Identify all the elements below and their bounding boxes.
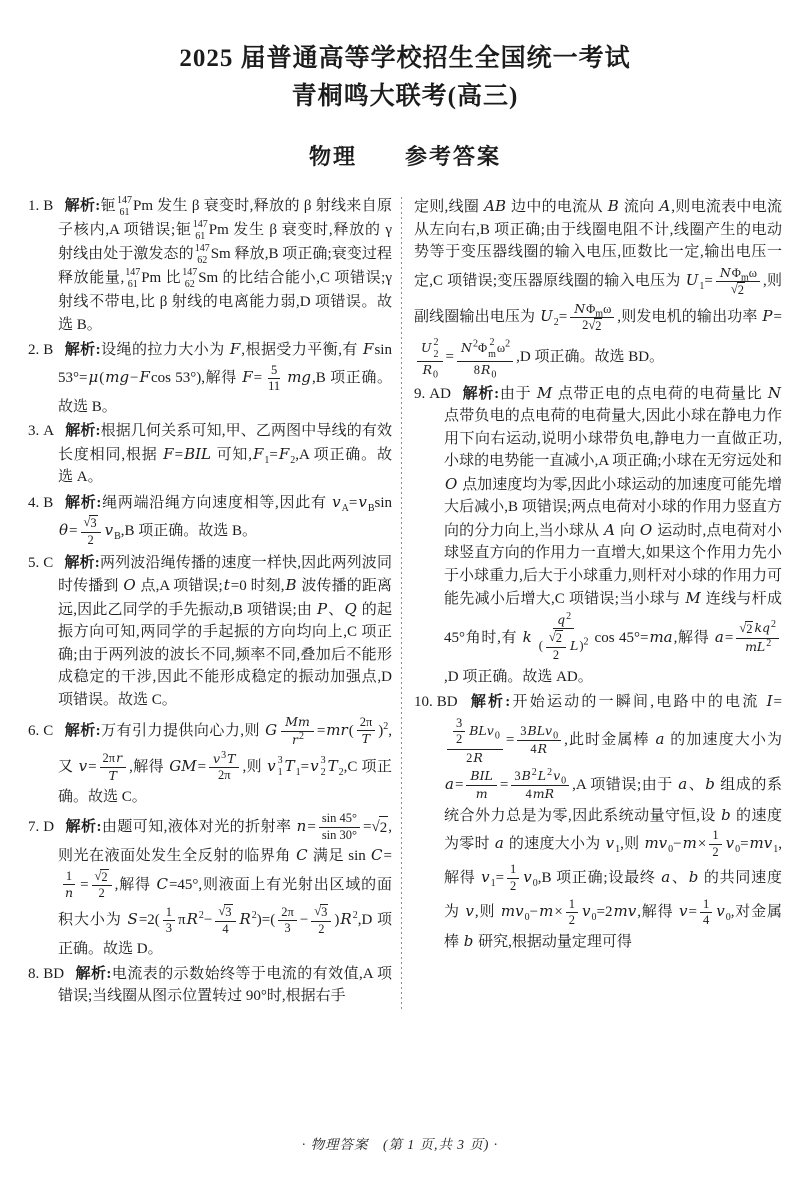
math-f: 3B2L2v04mR [511, 768, 569, 802]
answer-body: 设绳的拉力大小为 F,根据受力平衡,有 Fsin 53°=μ(mg−Fcos 5… [58, 342, 392, 415]
math-i: v [581, 902, 591, 920]
math-f: sin 45°sin 30° [319, 811, 360, 843]
math-i: T [284, 757, 296, 775]
analysis-label: 解析: [469, 694, 511, 710]
math-sub: 0 [726, 912, 731, 923]
question-head: 3.A解析: [28, 423, 101, 439]
math-sub: 0 [491, 370, 496, 381]
math-i: a [494, 834, 505, 852]
exam-title-line2: 青桐鸣大联考(高三) [28, 78, 782, 116]
answer-item: 9.AD解析:由于 M 点带正电的点电荷的电荷量比 N 点带负电的点电荷的电荷量… [414, 382, 782, 688]
math-sup: 2 [566, 610, 571, 621]
math-i: S [127, 910, 139, 928]
math-f: √2kq2mL2 [736, 620, 779, 655]
math-sup: 2 [353, 910, 358, 921]
math-f: 12 [709, 828, 721, 860]
math-sqrt: √3 [218, 904, 232, 921]
math-ss: 14761 [125, 267, 140, 291]
math-i: F [229, 340, 241, 358]
math-i: v [678, 902, 688, 920]
math-i: L [537, 768, 547, 783]
math-i: t [223, 576, 231, 594]
math-sqrt: √3 [84, 515, 98, 532]
question-answer: D [43, 819, 54, 835]
math-sub: 0 [495, 730, 500, 741]
math-i: v [104, 521, 114, 539]
math-i: Mm [284, 714, 311, 729]
math-i: T [108, 768, 118, 783]
math-i: L [569, 638, 579, 653]
answer-item: 10.BD解析:开始运动的一瞬间,电路中的电流 I=32BLv02R=3BLv0… [414, 690, 782, 953]
math-i: n [296, 817, 308, 835]
math-i: T [226, 751, 236, 766]
math-f: 32 [453, 716, 465, 748]
math-i: v [605, 834, 615, 852]
math-i: F [162, 445, 174, 463]
question-number: 7. [28, 819, 39, 835]
math-i: q [556, 612, 566, 627]
math-ss: 14761 [193, 219, 208, 243]
math-sub: 1 [773, 844, 778, 855]
math-sub: 1 [491, 878, 496, 889]
math-i: O [444, 475, 458, 493]
question-number: 2. [28, 342, 39, 358]
math-i: k [522, 628, 533, 646]
question-answer: B [43, 342, 53, 358]
math-ss: 22 [434, 337, 439, 361]
math-i: BIL [183, 445, 212, 463]
math-i: m [475, 786, 489, 801]
math-f: U22R0 [417, 337, 443, 379]
math-i: B [285, 576, 298, 594]
math-sub: B [114, 531, 121, 542]
math-sup: 2 [771, 619, 776, 630]
math-sup: 2 [505, 339, 510, 350]
math-f: √32 [311, 904, 331, 937]
answer-body: 万有引力提供向心力,则 GMmr2=mr(2πT)2,又 v=2πrT,解得 G… [58, 723, 392, 805]
math-i: R [480, 362, 491, 377]
question-head: 10.BD解析: [414, 694, 510, 710]
math-f: q2(√22L)2 [536, 612, 592, 665]
subject-heading: 物理 参考答案 [28, 140, 782, 171]
math-f: N2Φ2mω28R0 [457, 337, 513, 379]
math-i: μ [87, 368, 99, 386]
analysis-label: 解析: [64, 555, 100, 571]
question-head: 4.B解析: [28, 495, 101, 511]
math-sub: 1 [264, 455, 269, 466]
math-i: T [361, 731, 371, 746]
answer-item: 7.D解析:由题可知,液体对光的折射率 n=sin 45°sin 30°=√2,… [28, 810, 392, 961]
math-i: v [266, 757, 276, 775]
math-i: r [115, 750, 123, 765]
math-sub: 2 [339, 767, 344, 778]
analysis-label: 解析: [64, 495, 101, 511]
math-sub: A [342, 503, 349, 514]
math-sqrt: √2 [372, 816, 389, 840]
page-footer: · 物理答案 (第 1 页,共 3 页) · [0, 1133, 800, 1153]
question-answer: BD [437, 694, 458, 710]
math-sub: 1 [615, 844, 620, 855]
math-f: 511 [265, 363, 283, 395]
question-head: 5.C解析: [28, 555, 100, 571]
math-i: b [720, 806, 732, 824]
math-i: r [291, 732, 299, 747]
answer-body: 绳两端沿绳方向速度相等,因此有 vA=vBsin θ=√32vB,B 项正确。故… [58, 495, 392, 540]
exam-title-line1: 2025 届普通高等学校招生全国统一考试 [28, 40, 782, 78]
math-f: BILm [466, 768, 496, 802]
math-i: N [719, 265, 732, 280]
math-sqrt: √2 [588, 318, 602, 335]
answer-body: 定则,线圈 AB 边中的电流从 B 流向 A,则电流表中电流从左向右,B 项正确… [414, 199, 782, 365]
math-i: GM [168, 757, 197, 775]
math-sqrt: √3 [314, 904, 328, 921]
math-i: mr [325, 721, 348, 739]
math-sup: 2 [766, 638, 771, 649]
footer-text: · 物理答案 (第 1 页,共 3 页) · [302, 1137, 498, 1152]
math-i: R [472, 750, 483, 765]
math-i: P [316, 600, 328, 618]
math-i: R [339, 910, 352, 928]
math-ss: 2m [488, 337, 496, 361]
math-i: O [122, 576, 136, 594]
question-answer: AD [429, 386, 451, 402]
math-sqrt: √2 [95, 869, 109, 886]
math-i: F [362, 340, 374, 358]
math-i: U [539, 307, 554, 325]
math-i: v [480, 868, 490, 886]
column-left: 1.B解析:钷14761Pm 发生 β 衰变时,释放的 β 射线来自原子核内,A… [28, 195, 392, 1010]
math-f: 12 [566, 897, 578, 929]
math-i: mv [749, 834, 774, 852]
math-sub: 0 [735, 844, 740, 855]
math-i: v [357, 493, 367, 511]
question-number: 10. [414, 694, 433, 710]
question-head: 2.B解析: [28, 342, 101, 358]
math-i: a [444, 775, 455, 793]
math-i: mL [744, 639, 766, 654]
math-i: a [714, 628, 725, 646]
math-i: C [295, 846, 308, 864]
math-f: 13 [163, 905, 175, 937]
math-i: mR [532, 786, 555, 801]
column-right: 定则,线圈 AB 边中的电流从 B 流向 A,则电流表中电流从左向右,B 项正确… [414, 195, 782, 1010]
question-head: 8.BD解析: [28, 966, 111, 982]
math-i: m [682, 834, 698, 852]
question-number: 6. [28, 723, 39, 739]
math-i: M [536, 384, 553, 402]
math-i: mv [612, 902, 637, 920]
analysis-label: 解析: [64, 723, 100, 739]
math-i: θ [58, 521, 69, 539]
math-f: 32BLv02R [447, 715, 503, 767]
math-i: M [684, 589, 701, 607]
math-sup: 2 [299, 730, 304, 741]
header: 2025 届普通高等学校招生全国统一考试 青桐鸣大联考(高三) 物理 参考答案 [28, 40, 782, 171]
math-i: v [725, 834, 735, 852]
math-i: A [658, 197, 671, 215]
math-i: v [552, 768, 561, 783]
math-i: B [521, 768, 532, 783]
answer-sheet-page: 2025 届普通高等学校招生全国统一考试 青桐鸣大联考(高三) 物理 参考答案 … [0, 0, 800, 1179]
math-ss: 14761 [117, 195, 132, 219]
math-sub: 0 [553, 731, 558, 742]
analysis-label: 解析: [462, 386, 499, 402]
answer-body: 钷14761Pm 发生 β 衰变时,释放的 β 射线来自原子核内,A 项错误;钷… [58, 198, 392, 332]
math-f: 1n [61, 869, 77, 902]
question-number: 3. [28, 423, 39, 439]
math-i: G [264, 721, 278, 739]
question-answer: C [43, 723, 53, 739]
math-sub: 0 [533, 878, 538, 889]
math-i: v [331, 493, 341, 511]
question-answer: C [43, 555, 53, 571]
math-sub: 2 [554, 317, 559, 328]
math-i: Q [344, 600, 358, 618]
math-i: v [464, 902, 474, 920]
math-i: BIL [469, 768, 493, 783]
math-i: C [370, 846, 383, 864]
math-i: BLv [468, 723, 495, 738]
math-sup: 2 [473, 339, 478, 350]
question-head: 9.AD解析: [414, 386, 499, 402]
question-number: 1. [28, 198, 39, 214]
math-sub: 2 [290, 455, 295, 466]
math-i: m [538, 902, 554, 920]
analysis-label: 解析: [65, 423, 100, 439]
math-i: b [688, 868, 700, 886]
answer-item: 1.B解析:钷14761Pm 发生 β 衰变时,释放的 β 射线来自原子核内,A… [28, 195, 392, 336]
question-number: 5. [28, 555, 39, 571]
math-i: U [685, 271, 700, 289]
math-i: B [607, 197, 620, 215]
math-sup: 2 [252, 910, 257, 921]
math-sup: 2 [199, 910, 204, 921]
math-i: N [767, 384, 782, 402]
answer-body: 开始运动的一瞬间,电路中的电流 I=32BLv02R=3BLv04R,此时金属棒… [444, 694, 782, 950]
math-sub: 1 [296, 767, 301, 778]
math-i: a [677, 775, 688, 793]
question-head: 1.B解析: [28, 198, 100, 214]
column-divider [401, 197, 402, 1010]
math-i: R [537, 741, 548, 756]
math-f: Mmr2 [281, 714, 314, 748]
math-sub: 1 [699, 281, 704, 292]
math-sub: 0 [561, 776, 566, 787]
math-i: P [761, 307, 773, 325]
math-f: 14 [700, 897, 712, 929]
question-answer: BD [43, 966, 64, 982]
math-i: F [278, 445, 290, 463]
math-i: N [460, 340, 473, 355]
math-i: R [186, 910, 199, 928]
answer-item: 8.BD解析:电流表的示数始终等于电流的有效值,A 项错误;当线圈从图示位置转过… [28, 963, 392, 1008]
math-i: a [660, 868, 671, 886]
math-f: 2πT [357, 715, 376, 748]
question-head: 7.D解析: [28, 819, 101, 835]
question-number: 4. [28, 495, 39, 511]
answer-body: 由于 M 点带正电的点电荷的电荷量比 N 点带负电的点电荷的电荷量大,因此小球在… [444, 386, 782, 685]
math-ss: 14762 [182, 267, 197, 291]
math-sub: 0 [525, 912, 530, 923]
question-answer: B [43, 495, 53, 511]
math-i: F [139, 368, 151, 386]
math-ss: 14762 [195, 243, 210, 267]
math-ss: 32 [321, 755, 326, 779]
analysis-label: 解析: [64, 342, 100, 358]
math-i: R [239, 910, 252, 928]
analysis-label: 解析: [64, 198, 100, 214]
math-i: U [420, 340, 433, 355]
answer-continuation: 定则,线圈 AB 边中的电流从 B 流向 A,则电流表中电流从左向右,B 项正确… [414, 195, 782, 380]
math-i: BLv [527, 723, 554, 738]
answer-item: 6.C解析:万有引力提供向心力,则 GMmr2=mr(2πT)2,又 v=2πr… [28, 713, 392, 808]
analysis-label: 解析: [75, 966, 111, 982]
math-i: A [603, 521, 616, 539]
question-head: 6.C解析: [28, 723, 101, 739]
math-ss: 31 [278, 755, 283, 779]
math-i: v [309, 757, 319, 775]
math-i: v [522, 868, 532, 886]
math-i: mg [286, 368, 312, 386]
analysis-label: 解析: [65, 819, 101, 835]
math-sqrt: √2 [549, 630, 563, 647]
math-f: 2π3 [278, 905, 297, 937]
math-i: v [212, 751, 221, 766]
math-sqrt: √2 [739, 621, 753, 638]
math-f: 3BLv04R [517, 723, 561, 757]
math-i: b [463, 932, 475, 950]
answer-item: 2.B解析:设绳的拉力大小为 F,根据受力平衡,有 Fsin 53°=μ(mg−… [28, 338, 392, 418]
math-i: kq [753, 620, 771, 635]
math-sup: 2 [383, 721, 388, 732]
math-i: F [252, 445, 264, 463]
math-i: v [715, 902, 725, 920]
math-f: 12 [507, 862, 519, 894]
answer-item: 5.C解析:两列波沿绳传播的速度一样快,因此两列波同时传播到 O 点,A 项错误… [28, 552, 392, 712]
math-sub: 0 [433, 370, 438, 381]
answer-columns: 1.B解析:钷14761Pm 发生 β 衰变时,释放的 β 射线来自原子核内,A… [28, 195, 782, 1010]
math-i: v [78, 757, 88, 775]
question-answer: B [43, 198, 53, 214]
math-i: I [766, 692, 774, 710]
math-i: O [639, 521, 653, 539]
math-sub: B [368, 503, 375, 514]
math-f: NΦmω2√2 [570, 301, 614, 335]
math-i: mg [104, 368, 130, 386]
math-sqrt: √2 [731, 282, 745, 299]
math-i: mv [643, 834, 668, 852]
math-f: v3T2π [209, 751, 239, 784]
answer-body: 两列波沿绳传播的速度一样快,因此两列波同时传播到 O 点,A 项错误;t=0 时… [58, 555, 392, 708]
math-sup: 2 [584, 637, 589, 648]
math-i: b [704, 775, 716, 793]
answer-item: 3.A解析:根据几何关系可知,甲、乙两图中导线的有效长度相同,根据 F=BIL … [28, 420, 392, 489]
math-f: √34 [215, 904, 235, 937]
math-i: C [155, 875, 168, 893]
math-i: T [327, 757, 339, 775]
math-i: R [422, 362, 433, 377]
answer-body: 由题可知,液体对光的折射率 n=sin 45°sin 30°=√2,则光在液面处… [58, 819, 392, 958]
math-f: √22 [92, 869, 112, 902]
math-i: mv [500, 902, 525, 920]
math-i: a [654, 730, 665, 748]
answer-body: 根据几何关系可知,甲、乙两图中导线的有效长度相同,根据 F=BIL 可知,F1=… [58, 423, 392, 485]
math-i: AB [483, 197, 507, 215]
answer-item: 4.B解析:绳两端沿绳方向速度相等,因此有 vA=vBsin θ=√32vB,B… [28, 491, 392, 550]
math-i: n [64, 885, 74, 900]
math-f: 2πrT [100, 750, 127, 784]
math-i: N [573, 301, 586, 316]
question-answer: A [43, 423, 54, 439]
math-f: √22 [546, 630, 566, 663]
math-sub: 0 [592, 912, 597, 923]
math-sub: 0 [668, 844, 673, 855]
question-number: 8. [28, 966, 39, 982]
math-i: F [241, 368, 253, 386]
math-i: ma [648, 628, 673, 646]
math-f: NΦmω√2 [716, 265, 760, 299]
math-f: √32 [81, 515, 101, 548]
question-number: 9. [414, 386, 425, 402]
